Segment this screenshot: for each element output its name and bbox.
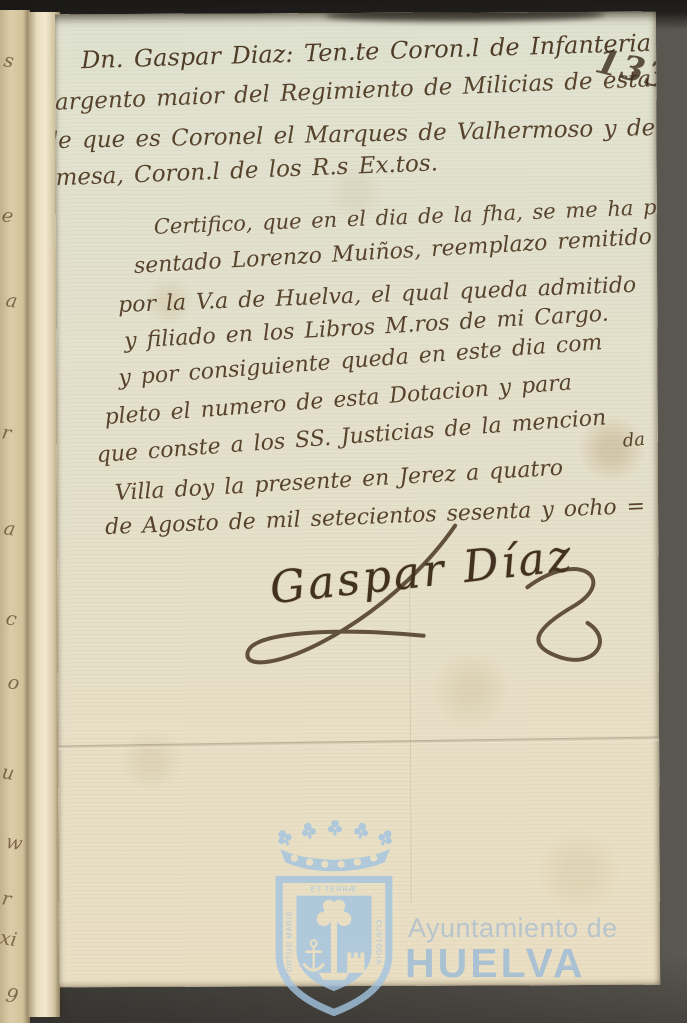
margin-fragment: a — [4, 289, 19, 313]
crown-icon — [274, 820, 396, 871]
margin-fragment: s — [2, 49, 15, 72]
margin-fragment: u — [0, 761, 16, 785]
huelva-crest-watermark: ET TERRÆ PORTUS MARIS CUSTODIA — [268, 820, 400, 1020]
margin-fragment: c — [4, 607, 18, 631]
motto-top: ET TERRÆ — [311, 885, 357, 894]
watermark-city-name: HUELVA — [405, 940, 585, 987]
archive-photo: s e a r a c o u w r xi 9 Dn. Gaspar Diaz… — [0, 0, 687, 1023]
margin-fragment: o — [6, 671, 21, 695]
margin-fragment: e — [0, 204, 15, 228]
manuscript-line: Dn. Gaspar Diaz: Ten.te Coron.l de Infan… — [81, 29, 652, 74]
motto-left: PORTUS MARIS — [284, 911, 293, 979]
manuscript-line: de que es Coronel el Marques de Valhermo… — [55, 114, 660, 154]
edge-shadow — [325, 12, 605, 22]
shield-field — [296, 896, 371, 991]
superscript-note: da — [622, 429, 646, 452]
margin-fragment: xi — [0, 927, 19, 952]
margin-fragment: r — [0, 421, 13, 444]
margin-fragment: r — [0, 887, 13, 910]
previous-page-edge: s e a r a c o u w r xi 9 — [0, 10, 30, 1023]
motto-right: CUSTODIA — [375, 919, 384, 965]
manuscript-line: Villa doy la presente en Jerez a quatro — [114, 456, 563, 506]
margin-fragment: 9 — [4, 984, 20, 1008]
manuscript-line: mesa, Coron.l de los R.s Ex.tos. — [55, 150, 438, 191]
fold-crease-horizontal — [55, 736, 660, 749]
margin-fragment: a — [2, 517, 17, 541]
margin-fragment: w — [4, 831, 24, 855]
manuscript-line: Sargento maior del Regimiento de Milicia… — [55, 66, 652, 116]
